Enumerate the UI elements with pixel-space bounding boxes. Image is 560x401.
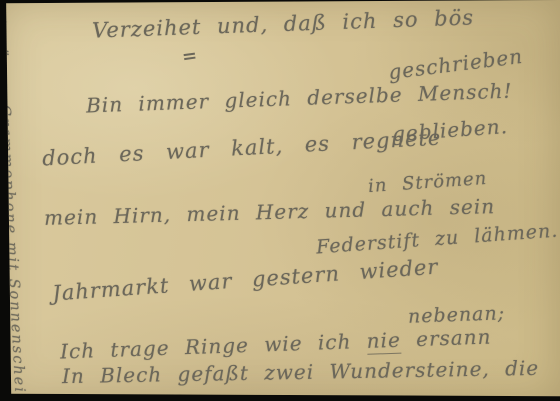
postcard-paper: Gesänge, Grammophone mit Sonnenschein, V… (0, 0, 560, 401)
handwriting-line: mein Hirn, mein Herz und auch sein (44, 196, 496, 228)
handwriting-line: Federstift zu lähmen. (316, 222, 559, 258)
handwriting-line: nebenan; (408, 304, 506, 326)
handwriting-line: doch es war kalt, es regnete (42, 128, 442, 170)
handwriting-line: Ich trage Ringe wie ich nie ersann (60, 326, 492, 361)
line-text: ersann (400, 324, 491, 351)
underlined-word: nie (366, 328, 401, 355)
handwriting-line: geschrieben (387, 46, 524, 82)
emphasis-mark: = (181, 45, 199, 68)
handwriting-line: Bin immer gleich derselbe Mensch! (86, 81, 513, 116)
handwriting-line: Verzeihet und, daß ich so bös (92, 7, 475, 41)
margin-annotation: Gesänge, Grammophone mit Sonnenschein, (0, 14, 27, 398)
handwriting-line: in Strömen (368, 170, 488, 196)
handwriting-line: Jahrmarkt war gestern wieder (52, 257, 439, 305)
scan-background: Gesänge, Grammophone mit Sonnenschein, V… (0, 0, 560, 401)
line-text: Ich trage Ringe wie ich (60, 329, 367, 364)
handwriting-line: In Blech gefaßt zwei Wundersteine, die (62, 358, 539, 386)
